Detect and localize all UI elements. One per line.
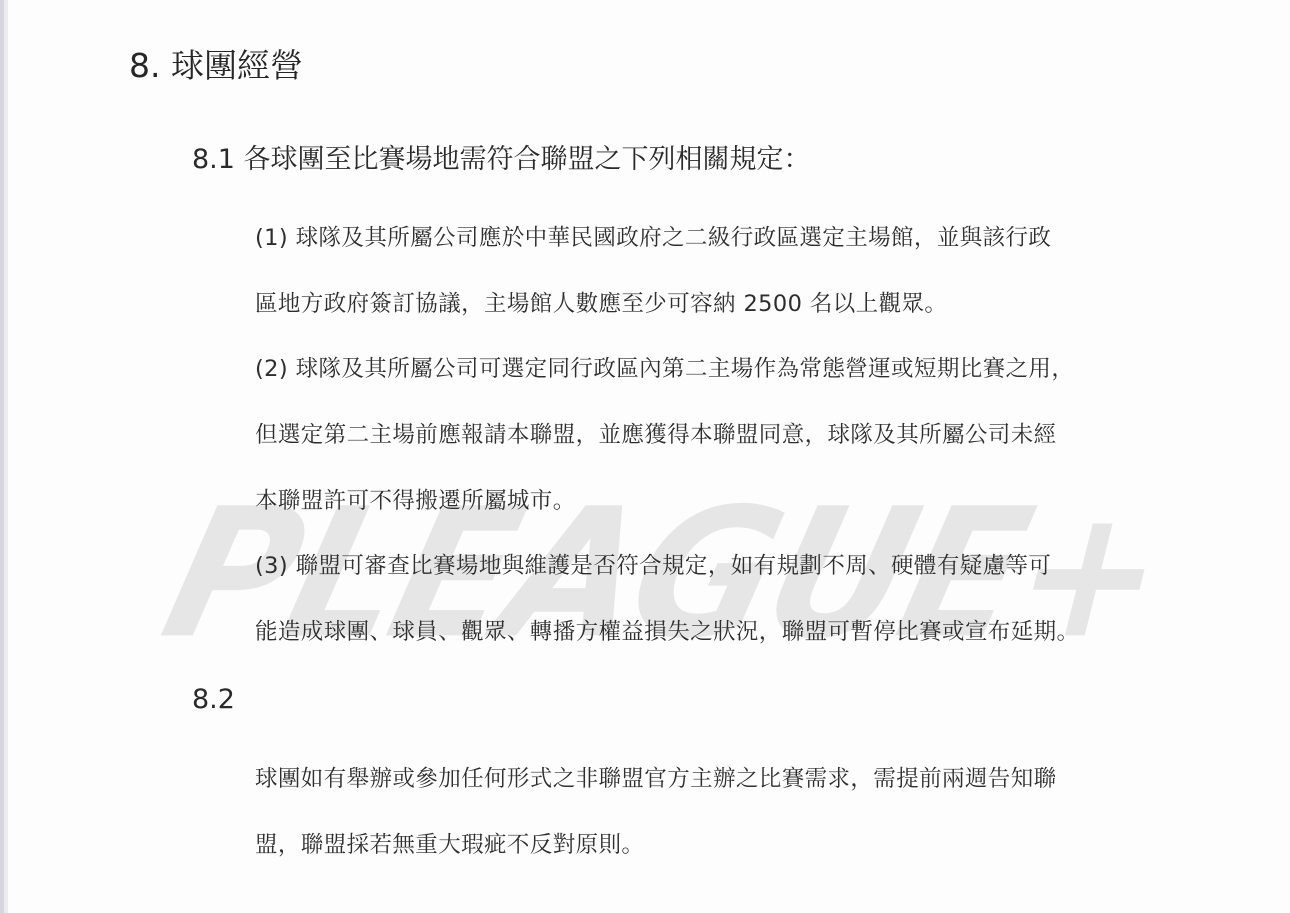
clause-8-1-1: (1) 球隊及其所屬公司應於中華民國政府之二級行政區選定主場館，並與該行政 區地… bbox=[255, 205, 1195, 337]
clause-8-1-2: (2) 球隊及其所屬公司可選定同行政區內第二主場作為常態營運或短期比賽之用， 但… bbox=[255, 336, 1195, 534]
page-left-border-inner bbox=[4, 0, 8, 913]
subsection-heading-8-1: 8.1 各球團至比賽場地需符合聯盟之下列相關規定： bbox=[192, 142, 811, 178]
clause-line: 能造成球團、球員、觀眾、轉播方權益損失之狀況，聯盟可暫停比賽或宣布延期。 bbox=[255, 599, 1195, 665]
clause-line: (3) 聯盟可審查比賽場地與維護是否符合規定，如有規劃不周、硬體有疑慮等可 bbox=[255, 533, 1195, 599]
clause-line: 球團如有舉辦或參加任何形式之非聯盟官方主辦之比賽需求，需提前兩週告知聯 bbox=[255, 746, 1195, 812]
subsection-heading-8-2: 8.2 bbox=[192, 682, 235, 718]
section-title: 8. 球團經營 bbox=[129, 44, 303, 88]
clause-line: 區地方政府簽訂協議，主場館人數應至少可容納 2500 名以上觀眾。 bbox=[255, 271, 1195, 337]
clause-line: (1) 球隊及其所屬公司應於中華民國政府之二級行政區選定主場館，並與該行政 bbox=[255, 205, 1195, 271]
clause-8-1-3: (3) 聯盟可審查比賽場地與維護是否符合規定，如有規劃不周、硬體有疑慮等可 能造… bbox=[255, 533, 1195, 665]
clause-8-2: 球團如有舉辦或參加任何形式之非聯盟官方主辦之比賽需求，需提前兩週告知聯 盟，聯盟… bbox=[255, 746, 1195, 878]
clause-line: 盟，聯盟採若無重大瑕疵不反對原則。 bbox=[255, 812, 1195, 878]
clause-line: 但選定第二主場前應報請本聯盟，並應獲得本聯盟同意，球隊及其所屬公司未經 bbox=[255, 402, 1195, 468]
clause-line: (2) 球隊及其所屬公司可選定同行政區內第二主場作為常態營運或短期比賽之用， bbox=[255, 336, 1195, 402]
clause-line: 本聯盟許可不得搬遷所屬城市。 bbox=[255, 468, 1195, 534]
